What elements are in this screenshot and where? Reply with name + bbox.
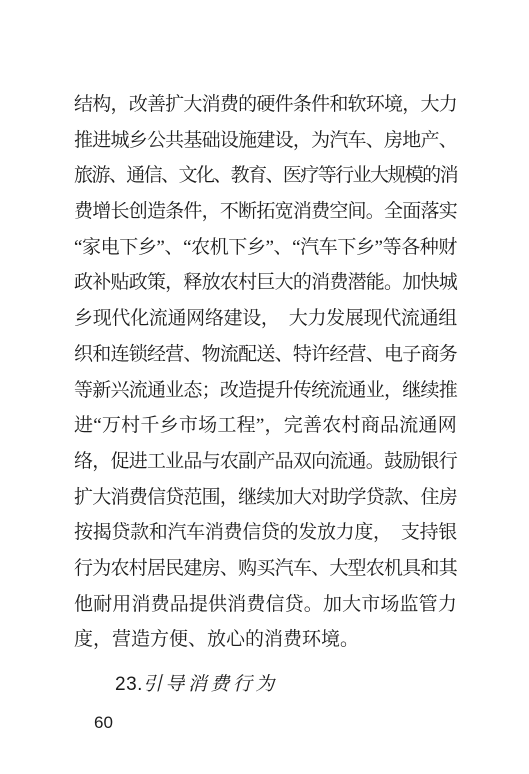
text-line: 乡现代化流通网络建设， 大力发展现代流通组	[74, 301, 457, 337]
text-line-content: 他耐用消费品提供消费信贷。加大市场监管力	[74, 587, 457, 623]
text-line-content: 推进城乡公共基础设施建设，为汽车、房地产、	[74, 123, 457, 159]
text-line: 络，促进工业品与农副产品双向流通。鼓励银行	[74, 444, 457, 480]
text-line: 进“万村千乡市场工程”，完善农村商品流通网	[74, 408, 457, 444]
text-line-content: “家电下乡”、“农机下乡”、“汽车下乡”等各种财	[74, 230, 457, 266]
text-line: 扩大消费信贷范围，继续加大对助学贷款、住房	[74, 480, 457, 516]
text-line-content: 扩大消费信贷范围，继续加大对助学贷款、住房	[74, 480, 457, 516]
text-line: 政补贴政策，释放农村巨大的消费潜能。加快城	[74, 265, 457, 301]
text-line-content: 等新兴流通业态；改造提升传统流通业，继续推	[74, 373, 457, 409]
text-line: 按揭贷款和汽车消费信贷的发放力度， 支持银	[74, 515, 457, 551]
text-line-paragraph-end: 度，营造方便、放心的消费环境。	[74, 622, 457, 658]
text-line-content: 结构，改善扩大消费的硬件条件和软环境，大力	[74, 87, 457, 123]
text-line: 织和连锁经营、物流配送、特许经营、电子商务	[74, 337, 457, 373]
section-heading-number: 23.	[115, 674, 143, 695]
text-line-content: 政补贴政策，释放农村巨大的消费潜能。加快城	[74, 265, 457, 301]
text-line: 推进城乡公共基础设施建设，为汽车、房地产、	[74, 123, 457, 159]
text-line: 费增长创造条件，不断拓宽消费空间。全面落实	[74, 194, 457, 230]
section-heading-title: 引导消费行为	[143, 674, 278, 695]
text-line-content: 乡现代化流通网络建设， 大力发展现代流通组	[74, 301, 457, 337]
document-page: 结构，改善扩大消费的硬件条件和软环境，大力 推进城乡公共基础设施建设，为汽车、房…	[0, 0, 529, 774]
text-line-content: 络，促进工业品与农副产品双向流通。鼓励银行	[74, 444, 457, 480]
text-line: 他耐用消费品提供消费信贷。加大市场监管力	[74, 587, 457, 623]
page-number: 60	[94, 712, 113, 734]
text-line-content: 进“万村千乡市场工程”，完善农村商品流通网	[74, 408, 457, 444]
text-line: 等新兴流通业态；改造提升传统流通业，继续推	[74, 373, 457, 409]
text-line-content: 织和连锁经营、物流配送、特许经营、电子商务	[74, 337, 457, 373]
body-paragraph: 结构，改善扩大消费的硬件条件和软环境，大力 推进城乡公共基础设施建设，为汽车、房…	[74, 87, 457, 703]
text-line: 结构，改善扩大消费的硬件条件和软环境，大力	[74, 87, 457, 123]
text-line: 旅游、通信、文化、教育、医疗等行业大规模的消	[74, 158, 457, 194]
text-line-content: 度，营造方便、放心的消费环境。	[74, 622, 359, 658]
text-line: “家电下乡”、“农机下乡”、“汽车下乡”等各种财	[74, 230, 457, 266]
text-line-content: 费增长创造条件，不断拓宽消费空间。全面落实	[74, 194, 457, 230]
text-line-content: 旅游、通信、文化、教育、医疗等行业大规模的消	[74, 158, 457, 194]
text-line-content: 按揭贷款和汽车消费信贷的发放力度， 支持银	[74, 515, 457, 551]
text-line-content: 行为农村居民建房、购买汽车、大型农机具和其	[74, 551, 457, 587]
section-heading: 23.引导消费行为	[74, 667, 457, 703]
text-line: 行为农村居民建房、购买汽车、大型农机具和其	[74, 551, 457, 587]
